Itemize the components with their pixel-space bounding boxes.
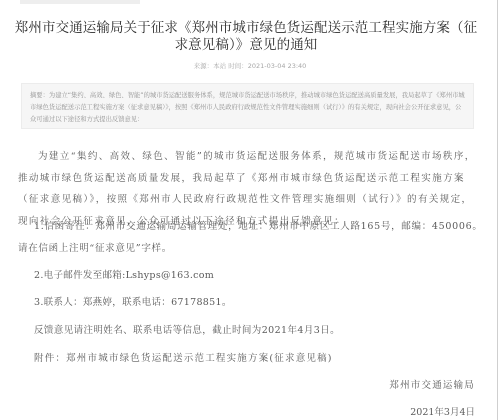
- cropped-header-remnant: [20, 0, 140, 4]
- issuing-organization: 郑州市交通运输局: [389, 377, 475, 391]
- notice-title: 郑州市交通运输局关于征求《郑州市城市绿色货运配送示范工程实施方案（征求意见稿）》…: [14, 20, 478, 54]
- summary-box: 摘要：为建立“集约、高效、绿色、智能”的城市货运配送服务体系，规范城市货运配送市…: [21, 83, 474, 129]
- channel-letter-note: 请在信函上注明“征求意见”字样。: [18, 240, 172, 254]
- channel-letter: 1.信函寄往：郑州市交通运输局运输管理处，地址：郑州市中原区工人路165号，邮编…: [34, 218, 483, 232]
- feedback-deadline: 反馈意见请注明姓名、联系电话等信息，截止时间为2021年4月3日。: [34, 322, 340, 336]
- issue-date: 2021年3月4日: [410, 404, 475, 418]
- channel-email: 2.电子邮件发至邮箱:Lshyps@163.com: [34, 267, 214, 281]
- attachment-line: 附件：郑州市城市绿色货运配送示范工程实施方案(征求意见稿): [34, 350, 333, 364]
- source-and-time: 来源：本站 时间：2021-03-04 23:40: [0, 61, 500, 70]
- channel-contact: 3.联系人：郑燕婷，联系电话：67178851。: [34, 294, 232, 308]
